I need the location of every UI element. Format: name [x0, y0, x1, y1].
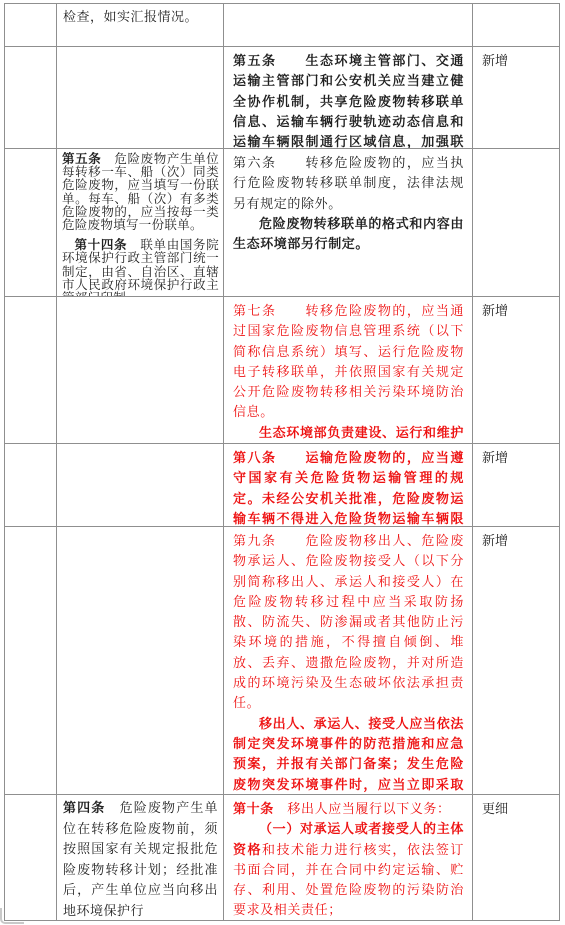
old-regulation-cell: 第五条 危险废物产生单位每转移一车、船（次）同类危险废物，应当填写一份联单。每车…: [57, 149, 224, 296]
text-run: 新增: [482, 534, 508, 549]
paragraph: 检查，如实汇报情况。: [63, 8, 218, 29]
new-regulation-cell: 第十条 移出人应当履行以下义务：（一）对承运人或者接受人的主体资格和技术能力进行…: [224, 795, 473, 920]
paragraph: 危险废物转移联单的格式和内容由生态环境部另行制定。: [233, 215, 464, 256]
paragraph: 第十条 移出人应当履行以下义务：: [233, 800, 464, 820]
row-label-cell: [5, 4, 57, 46]
table-row: 第四条 危险废物产生单位在转移危险废物前，须按照国家有关规定报批危险废物转移计划…: [5, 795, 560, 921]
row-label-cell: [5, 795, 57, 920]
paragraph: 新增: [482, 303, 555, 321]
bold-text-run: 移出人、承运人、接受人应当依法制定突发环境事件的防范措施和应急预案，并报有关部门…: [233, 717, 464, 794]
row-label-cell: [5, 527, 57, 794]
paragraph: 移出人、承运人、接受人应当依法制定突发环境事件的防范措施和应急预案，并报有关部门…: [233, 715, 464, 794]
new-regulation-cell: 第九条 危险废物移出人、危险废物承运人、危险废物接受人（以下分别简称移出人、承运…: [224, 527, 473, 794]
text-run: 新增: [482, 54, 508, 69]
change-note-cell: [473, 149, 560, 296]
text-run: 新增: [482, 304, 508, 319]
row-label-cell: [5, 149, 57, 296]
paragraph: 新增: [482, 53, 555, 71]
old-regulation-cell: [57, 527, 224, 794]
new-regulation-cell: 第八条 运输危险废物的，应当遵守国家有关危险货物运输管理的规定。未经公安机关批准…: [224, 444, 473, 526]
change-note-cell: [473, 4, 560, 46]
table-row: 检查，如实汇报情况。: [5, 4, 560, 47]
table-row: 第八条 运输危险废物的，应当遵守国家有关危险货物运输管理的规定。未经公安机关批准…: [5, 444, 560, 527]
paragraph: 新增: [482, 450, 555, 468]
comparison-table: 检查，如实汇报情况。第五条 生态环境主管部门、交通运输主管部门和公安机关应当建立…: [4, 3, 560, 921]
change-note-cell: 新增: [473, 527, 560, 794]
text-run: 第七条 转移危险废物的，应当通过国家危险废物信息管理系统（以下简称信息系统）填写…: [233, 304, 464, 420]
old-regulation-cell: [57, 47, 224, 148]
table-row: 第七条 转移危险废物的，应当通过国家危险废物信息管理系统（以下简称信息系统）填写…: [5, 297, 560, 444]
bold-text-run: 第四条: [63, 801, 105, 816]
text-run: 检查，如实汇报情况。: [63, 10, 198, 25]
text-run: 第九条 危险废物移出人、危险废物承运人、危险废物接受人（以下分别简称移出人、承运…: [233, 534, 464, 711]
row-label-cell: [5, 47, 57, 148]
row-label-cell: [5, 444, 57, 526]
text-run: 和技术能力进行核实，依法签订书面合同，并在合同中约定运输、贮存、利用、处置危险废…: [233, 843, 464, 919]
change-note-cell: 新增: [473, 47, 560, 148]
paragraph: 第六条 转移危险废物的，应当执行危险废物转移联单制度，法律法规另有规定的除外。: [233, 154, 464, 215]
paragraph: 第七条 转移危险废物的，应当通过国家危险废物信息管理系统（以下简称信息系统）填写…: [233, 302, 464, 424]
table-row: 第五条 生态环境主管部门、交通运输主管部门和公安机关应当建立健全协作机制，共享危…: [5, 47, 560, 149]
new-regulation-cell: 第五条 生态环境主管部门、交通运输主管部门和公安机关应当建立健全协作机制，共享危…: [224, 47, 473, 148]
table-row: 第九条 危险废物移出人、危险废物承运人、危险废物接受人（以下分别简称移出人、承运…: [5, 527, 560, 795]
paragraph: 第五条 生态环境主管部门、交通运输主管部门和公安机关应当建立健全协作机制，共享危…: [233, 52, 464, 148]
text-run: 危险废物产生单位在转移危险废物前，须按照国家有关规定报批危险废物转移计划；经批准…: [63, 801, 218, 919]
paragraph: 更细: [482, 801, 555, 819]
text-run: 更细: [482, 802, 508, 817]
text-run: 第六条 转移危险废物的，应当执行危险废物转移联单制度，法律法规另有规定的除外。: [233, 156, 464, 212]
paragraph: （一）对承运人或者接受人的主体资格和技术能力进行核实，依法签订书面合同，并在合同…: [233, 820, 464, 920]
paragraph: 第九条 危险废物移出人、危险废物承运人、危险废物接受人（以下分别简称移出人、承运…: [233, 532, 464, 715]
old-regulation-cell: 第四条 危险废物产生单位在转移危险废物前，须按照国家有关规定报批危险废物转移计划…: [57, 795, 224, 920]
old-regulation-cell: [57, 297, 224, 443]
old-regulation-cell: 检查，如实汇报情况。: [57, 4, 224, 46]
change-note-cell: 新增: [473, 297, 560, 443]
paragraph: 第十四条 联单由国务院环境保护行政主管部门统一制定，由省、自治区、直辖市人民政府…: [62, 238, 219, 296]
paragraph: 第五条 危险废物产生单位每转移一车、船（次）同类危险废物，应当填写一份联单。每车…: [62, 152, 219, 231]
page-corner-mark: [0, 908, 24, 924]
new-regulation-cell: [224, 4, 473, 46]
new-regulation-cell: 第六条 转移危险废物的，应当执行危险废物转移联单制度，法律法规另有规定的除外。危…: [224, 149, 473, 296]
paragraph: 第四条 危险废物产生单位在转移危险废物前，须按照国家有关规定报批危险废物转移计划…: [63, 799, 218, 920]
text-run: 新增: [482, 451, 508, 466]
bold-text-run: 第八条 运输危险废物的，应当遵守国家有关危险货物运输管理的规定。未经公安机关批准…: [233, 451, 464, 526]
paragraph: 新增: [482, 533, 555, 551]
bold-text-run: 第十条: [233, 802, 274, 817]
old-regulation-cell: [57, 444, 224, 526]
new-regulation-cell: 第七条 转移危险废物的，应当通过国家危险废物信息管理系统（以下简称信息系统）填写…: [224, 297, 473, 443]
bold-text-run: 危险废物转移联单的格式和内容由生态环境部另行制定。: [233, 217, 464, 252]
change-note-cell: 更细: [473, 795, 560, 920]
bold-text-run: 生态环境部负责建设、运行和维护信息系统。: [233, 426, 464, 443]
paragraph: 生态环境部负责建设、运行和维护信息系统。: [233, 424, 464, 443]
text-run: 移出人应当履行以下义务：: [274, 802, 451, 817]
bold-text-run: 第五条 生态环境主管部门、交通运输主管部门和公安机关应当建立健全协作机制，共享危…: [233, 54, 464, 148]
table-row: 第五条 危险废物产生单位每转移一车、船（次）同类危险废物，应当填写一份联单。每车…: [5, 149, 560, 297]
paragraph: 第八条 运输危险废物的，应当遵守国家有关危险货物运输管理的规定。未经公安机关批准…: [233, 449, 464, 526]
change-note-cell: 新增: [473, 444, 560, 526]
row-label-cell: [5, 297, 57, 443]
